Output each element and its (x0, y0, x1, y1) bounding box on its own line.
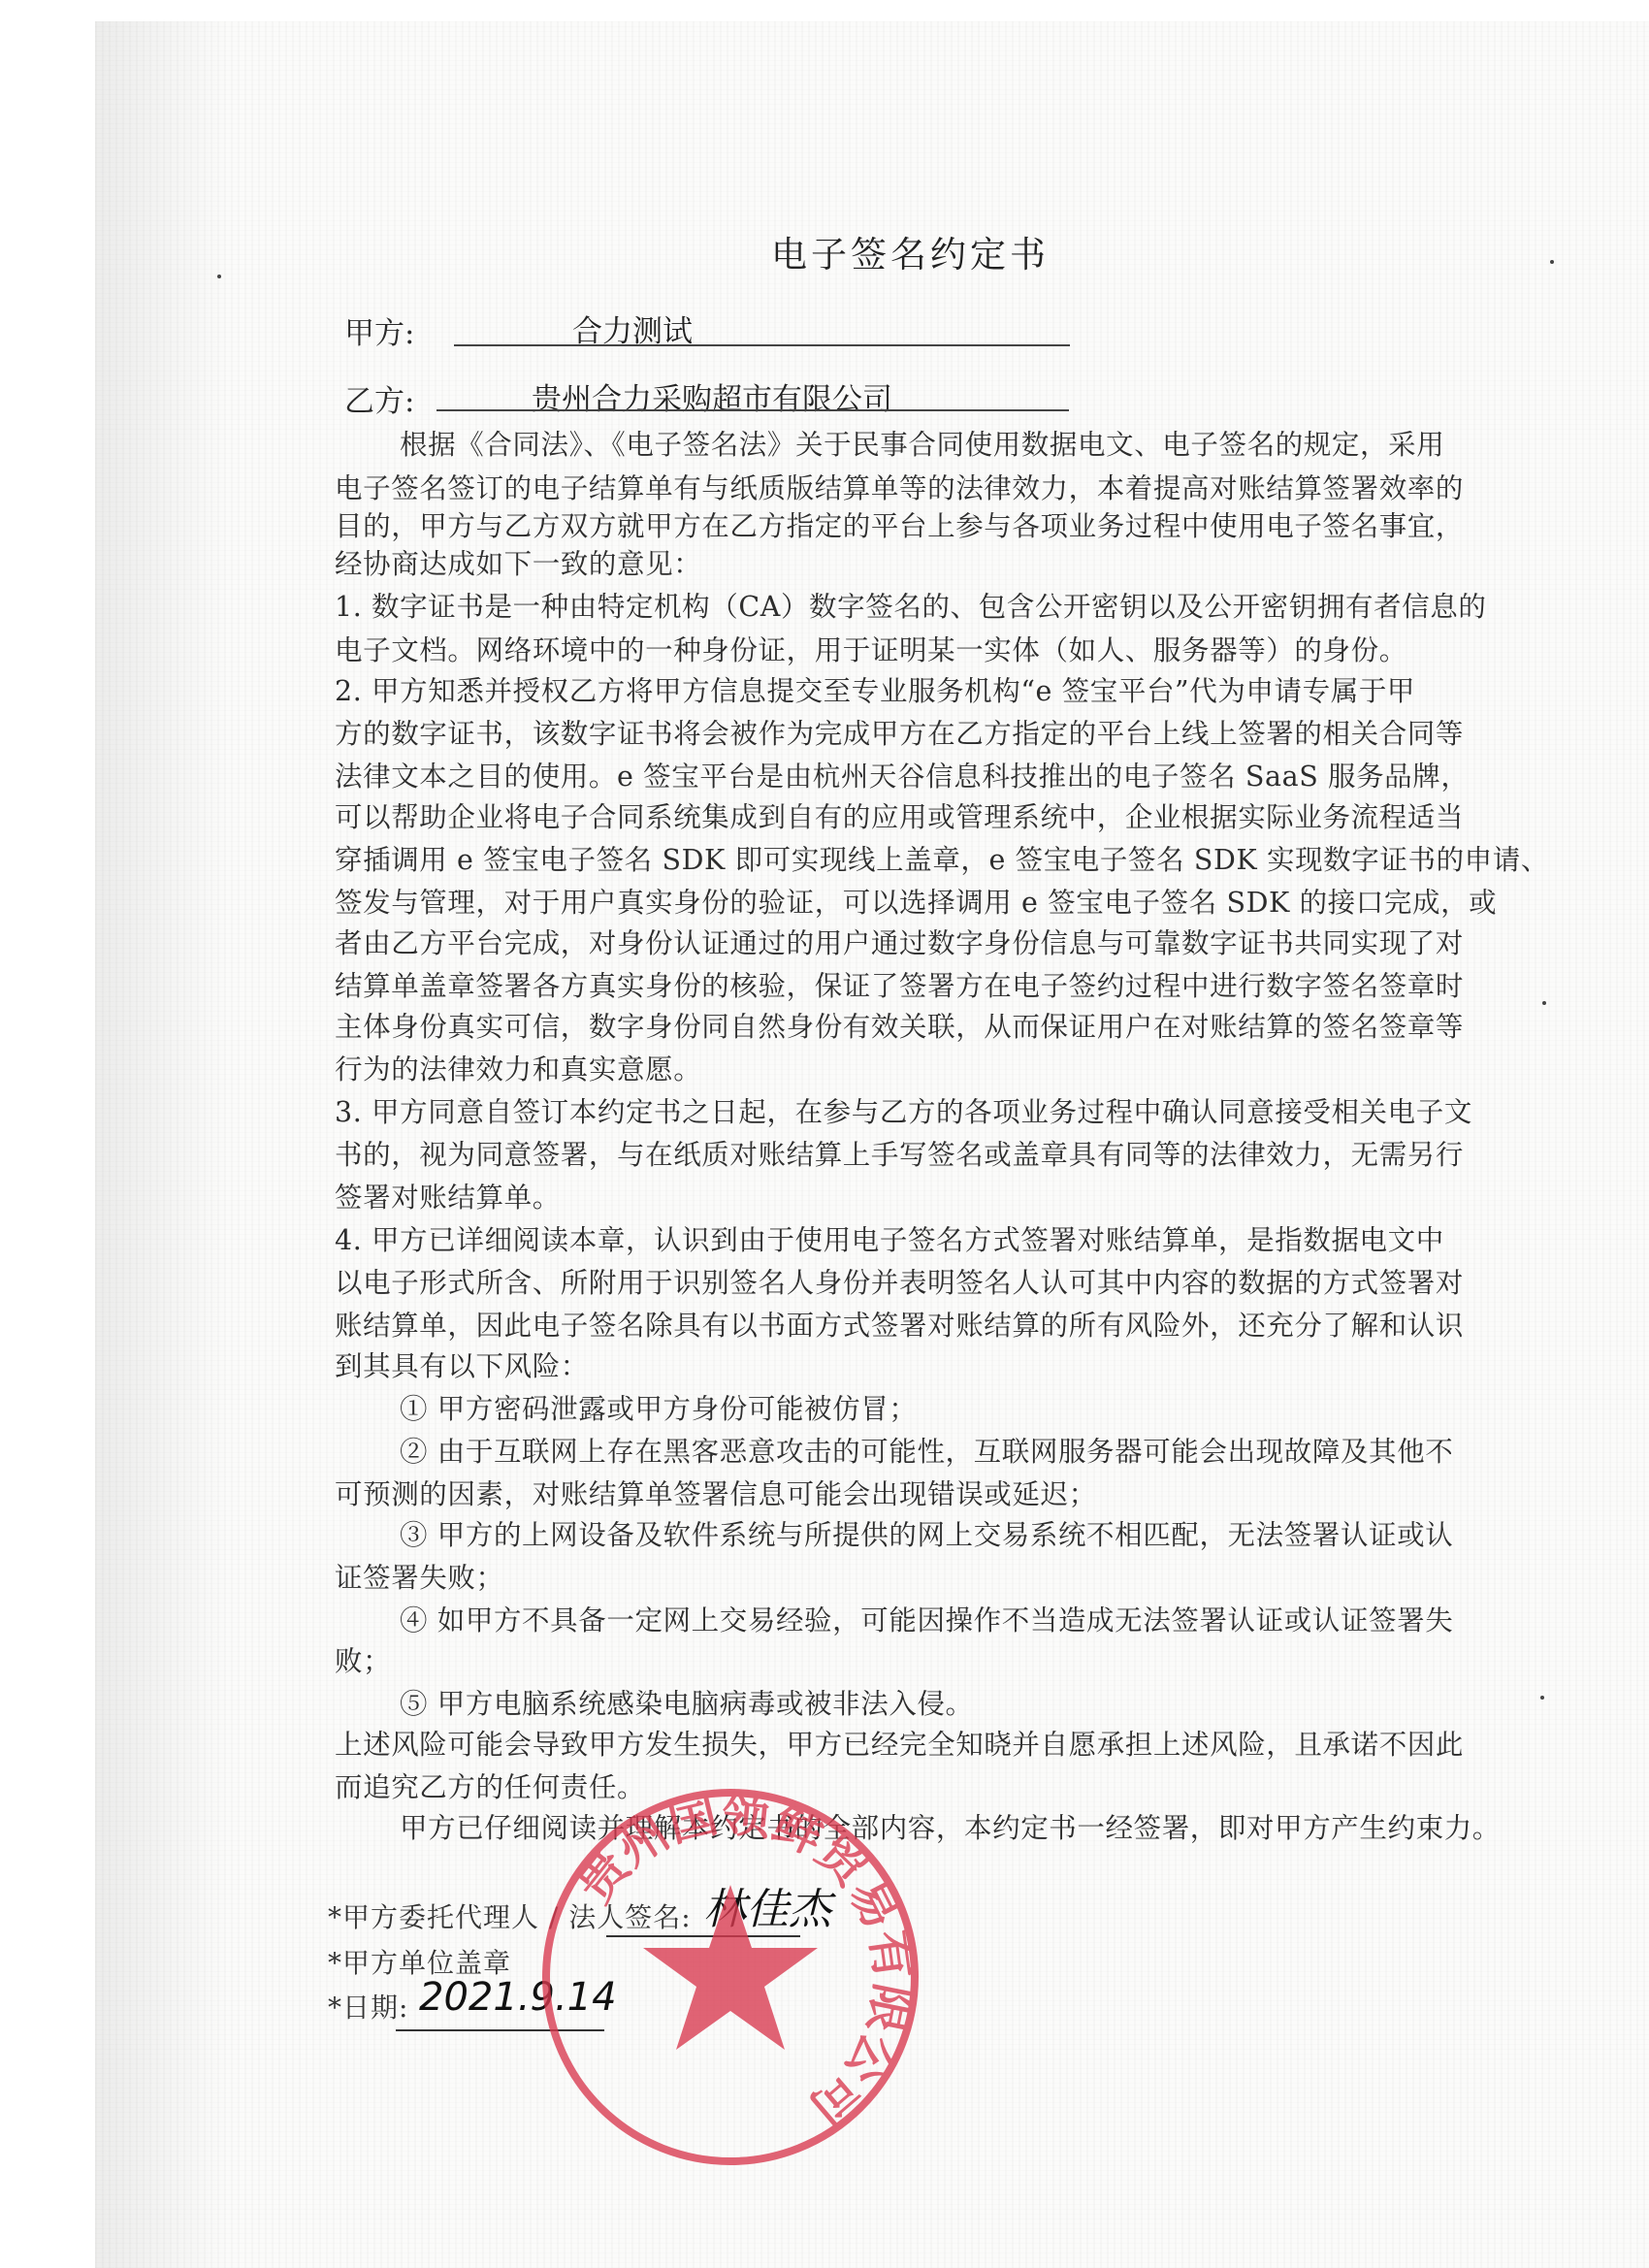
date-underline (396, 2029, 604, 2031)
body-line: 败； (335, 1639, 391, 1679)
body-line: 结算单盖章签署各方真实身份的核验，保证了签署方在电子签约过程中进行数字签名签章时 (335, 964, 1464, 1004)
body-line: 以电子形式所含、所附用于识别签名人身份并表明签名人认可其中内容的数据的方式签署对 (335, 1261, 1464, 1301)
scan-speck (1542, 1001, 1546, 1005)
body-line: ② 由于互联网上存在黑客恶意攻击的可能性，互联网服务器可能会出现故障及其他不 (400, 1430, 1453, 1470)
body-line: ① 甲方密码泄露或甲方身份可能被仿冒； (400, 1387, 917, 1427)
date-label: *日期: (328, 1987, 408, 2025)
date-handwriting: 2021.9.14 (419, 1975, 617, 2020)
scan-speck (1550, 260, 1554, 264)
body-line: ⑤ 甲方电脑系统感染电脑病毒或被非法入侵。 (400, 1682, 974, 1722)
body-line: ③ 甲方的上网设备及软件系统与所提供的网上交易系统不相匹配，无法签署认证或认 (400, 1513, 1453, 1553)
body-line: 行为的法律效力和真实意愿。 (335, 1048, 701, 1087)
party-a-underline (454, 344, 1070, 346)
scan-speck (1540, 1696, 1544, 1700)
body-line: 而追究乙方的任何责任。 (335, 1766, 645, 1805)
body-line: 到其具有以下风险： (335, 1345, 589, 1384)
body-line: 经协商达成如下一致的意见： (335, 542, 701, 582)
body-line: 签署对账结算单。 (335, 1176, 561, 1215)
scan-speck (217, 275, 221, 278)
body-line: 目的，甲方与乙方双方就甲方在乙方指定的平台上参与各项业务过程中使用电子签名事宜， (335, 504, 1464, 544)
body-line: 可预测的因素，对账结算单签署信息可能会出现错误或延迟； (335, 1473, 1097, 1512)
body-line: 电子签名签订的电子结算单有与纸质版结算单等的法律效力，本着提高对账结算签署效率的 (335, 467, 1464, 506)
signature-underline (606, 1935, 800, 1937)
document-title: 电子签名约定书 (771, 225, 1050, 277)
body-line: 3. 甲方同意自签订本约定书之日起，在参与乙方的各项业务过程中确认同意接受相关电… (335, 1090, 1472, 1130)
body-line: 书的，视为同意签署，与在纸质对账结算上手写签名或盖章具有同等的法律效力，无需另行 (335, 1133, 1464, 1173)
body-line: 账结算单，因此电子签名除具有以书面方式签署对账结算的所有风险外，还充分了解和认识 (335, 1304, 1464, 1344)
body-line: 主体身份真实可信，数字身份同自然身份有效关联，从而保证用户在对账结算的签名签章等 (335, 1005, 1464, 1045)
body-line: 甲方已仔细阅读并理解本约定书的全部内容，本约定书一经签署，即对甲方产生约束力。 (400, 1806, 1501, 1846)
body-line: 签发与管理，对于用户真实身份的验证，可以选择调用 e 签宝电子签名 SDK 的接… (335, 881, 1497, 921)
agent-signature-label: *甲方委托代理人 / 法人签名: (328, 1896, 692, 1935)
body-line: 电子文档。网络环境中的一种身份证，用于证明某一实体（如人、服务器等）的身份。 (335, 629, 1407, 668)
body-line: 穿插调用 e 签宝电子签名 SDK 即可实现线上盖章，e 签宝电子签名 SDK … (335, 838, 1549, 878)
body-line: 可以帮助企业将电子合同系统集成到自有的应用或管理系统中，企业根据实际业务流程适当 (335, 795, 1464, 835)
body-line: 方的数字证书，该数字证书将会被作为完成甲方在乙方指定的平台上线上签署的相关合同等 (335, 712, 1464, 752)
body-line: 证签署失败； (335, 1556, 504, 1596)
party-b-value: 贵州合力采购超市有限公司 (532, 374, 892, 418)
body-line: 1. 数字证书是一种由特定机构（CA）数字签名的、包含公开密钥以及公开密钥拥有者… (335, 585, 1486, 625)
body-line: 上述风险可能会导致甲方发生损失，甲方已经完全知晓并自愿承担上述风险，且承诺不因此 (335, 1723, 1464, 1763)
party-b-underline (436, 409, 1069, 411)
body-line: 法律文本之目的使用。e 签宝平台是由杭州天谷信息科技推出的电子签名 SaaS 服… (335, 755, 1469, 794)
body-line: 4. 甲方已详细阅读本章，认识到由于使用电子签名方式签署对账结算单，是指数据电文… (335, 1218, 1444, 1258)
party-a-label: 甲方: (344, 308, 434, 352)
party-b-label: 乙方: (344, 376, 434, 420)
agent-signature-handwriting: 林佳杰 (703, 1874, 831, 1936)
body-line: 者由乙方平台完成，对身份认证通过的用户通过数字身份信息与可靠数字证书共同实现了对 (335, 922, 1464, 961)
body-line: ④ 如甲方不具备一定网上交易经验，可能因操作不当造成无法签署认证或认证签署失 (400, 1599, 1453, 1638)
body-line: 2. 甲方知悉并授权乙方将甲方信息提交至专业服务机构“e 签宝平台”代为申请专属… (335, 669, 1415, 709)
body-line: 根据《合同法》、《电子签名法》关于民事合同使用数据电文、电子签名的规定，采用 (400, 423, 1444, 463)
